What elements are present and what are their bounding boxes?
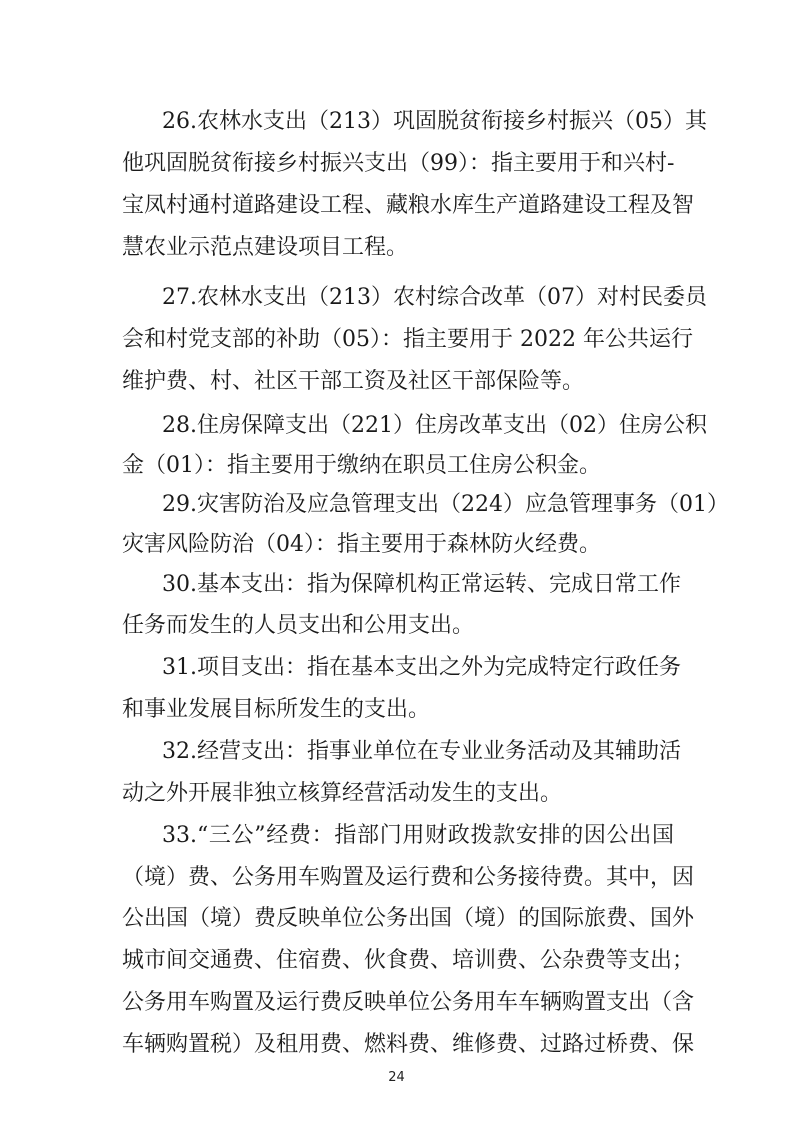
paragraph-33-line-2: （境）费、公务用车购置及运行费和公务接待费。其中，因 <box>122 863 674 893</box>
paragraph-29-line-1: 29.灾害防治及应急管理支出（224）应急管理事务（01） <box>162 490 674 520</box>
paragraph-30-line-1: 30.基本支出：指为保障机构正常运转、完成日常工作 <box>162 570 674 600</box>
paragraph-29-line-2: 灾害风险防治（04）：指主要用于森林防火经费。 <box>122 530 674 560</box>
paragraph-33-line-6: 车辆购置税）及租用费、燃料费、维修费、过路过桥费、保 <box>122 1030 674 1060</box>
paragraph-31-line-2: 和事业发展目标所发生的支出。 <box>122 695 674 725</box>
paragraph-26-line-3: 宝凤村通村道路建设工程、藏粮水库生产道路建设工程及智 <box>122 191 674 221</box>
page-number: 24 <box>0 1070 793 1085</box>
paragraph-28-line-1: 28.住房保障支出（221）住房改革支出（02）住房公积 <box>162 411 674 441</box>
document-page: 26.农林水支出（213）巩固脱贫衔接乡村振兴（05）其 他巩固脱贫衔接乡村振兴… <box>0 0 793 1122</box>
paragraph-33-line-5: 公务用车购置及运行费反映单位公务用车车辆购置支出（含 <box>122 988 674 1018</box>
paragraph-32-line-1: 32.经营支出：指事业单位在专业业务活动及其辅助活 <box>162 737 674 767</box>
paragraph-28-line-2: 金（01）：指主要用于缴纳在职员工住房公积金。 <box>122 451 674 481</box>
paragraph-27-line-1: 27.农林水支出（213）农村综合改革（07）对村民委员 <box>162 283 674 313</box>
paragraph-33-line-1: 33.“三公”经费：指部门用财政拨款安排的因公出国 <box>162 821 674 851</box>
paragraph-33-line-4: 城市间交通费、住宿费、伙食费、培训费、公杂费等支出； <box>122 946 674 976</box>
paragraph-26-line-2: 他巩固脱贫衔接乡村振兴支出（99）：指主要用于和兴村- <box>122 149 674 179</box>
paragraph-26-line-1: 26.农林水支出（213）巩固脱贫衔接乡村振兴（05）其 <box>162 107 674 137</box>
paragraph-30-line-2: 任务而发生的人员支出和公用支出。 <box>122 611 674 641</box>
paragraph-33-line-3: 公出国（境）费反映单位公务出国（境）的国际旅费、国外 <box>122 904 674 934</box>
paragraph-27-line-2: 会和村党支部的补助（05）：指主要用于 2022 年公共运行 <box>122 325 674 355</box>
paragraph-26-line-4: 慧农业示范点建设项目工程。 <box>122 233 674 263</box>
paragraph-31-line-1: 31.项目支出：指在基本支出之外为完成特定行政任务 <box>162 653 674 683</box>
paragraph-27-line-3: 维护费、村、社区干部工资及社区干部保险等。 <box>122 367 674 397</box>
paragraph-32-line-2: 动之外开展非独立核算经营活动发生的支出。 <box>122 779 674 809</box>
